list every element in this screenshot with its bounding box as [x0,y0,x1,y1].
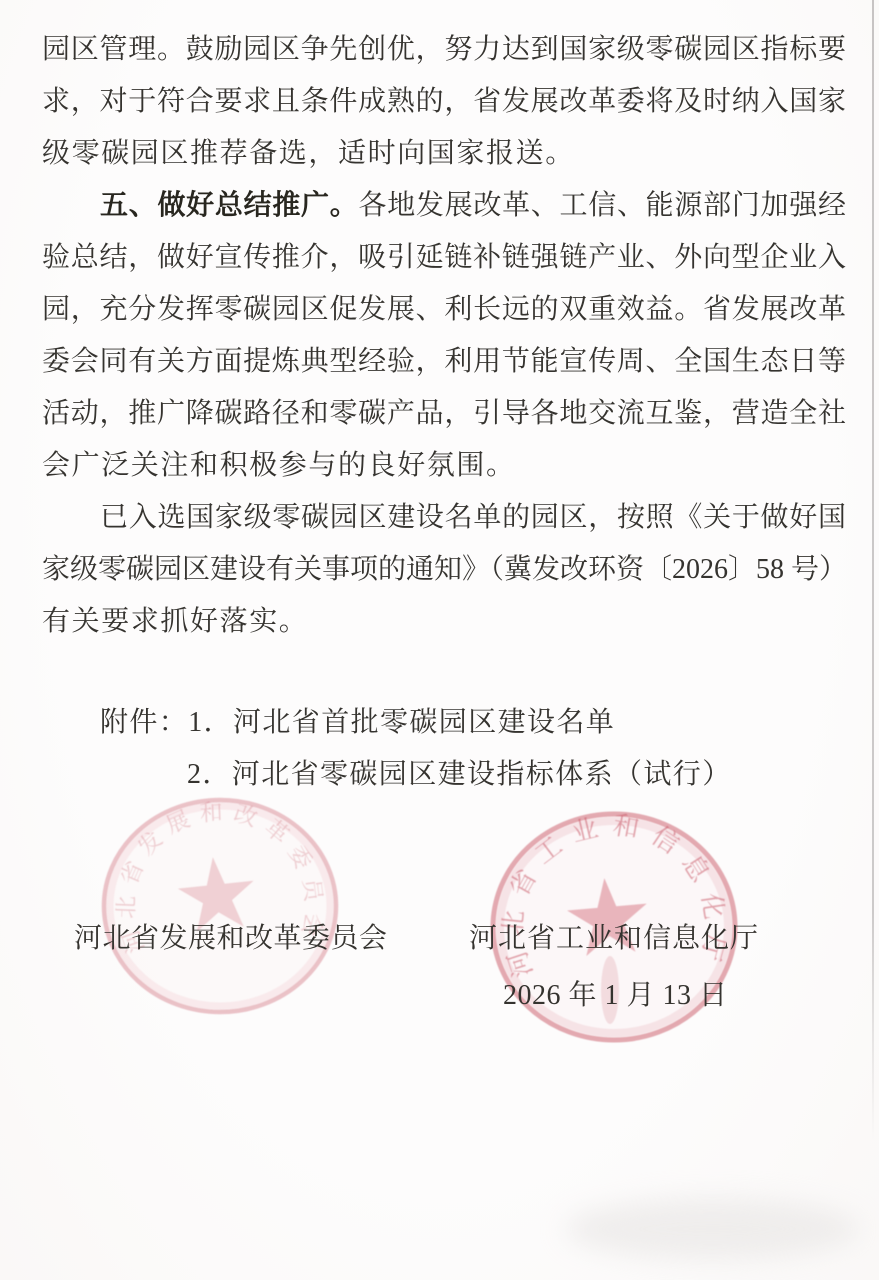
attachment-item-1-text: 1．河北省首批零碳园区建设名单 [188,707,615,738]
body-line: 委会同有关方面提炼典型经验，利用节能宣传周、全国生态日等 [42,336,846,388]
document-date: 2026 年 1 月 13 日 [503,973,728,1013]
body-line: 已入选国家级零碳园区建设名单的园区，按照《关于做好国 [42,492,846,544]
body-line-section-heading: 五、做好总结推广。各地发展改革、工信、能源部门加强经 [42,180,846,232]
seal-left-ring [104,800,336,1012]
attachment-item-1: 附件：1．河北省首批零碳园区建设名单 [42,697,846,749]
section-heading-bold: 五、做好总结推广。 [100,190,358,221]
attachment-item-2: 2．河北省零碳园区建设指标体系（试行） [42,749,846,801]
body-line: 活动，推广降碳路径和零碳产品，引导各地交流互鉴，营造全社 [42,388,846,440]
signature-org-right: 河北省工业和信息化厅 [469,916,759,956]
attachment-label: 附件： [100,707,188,738]
section-heading-rest: 各地发展改革、工信、能源部门加强经 [358,190,846,221]
body-line: 级零碳园区推荐备选，适时向国家报送。 [42,128,846,180]
signature-org-left: 河北省发展和改革委员会 [74,916,388,956]
seal-left-ring-smudge [110,806,330,1006]
official-seal-left: 河北省发展和改革委员会 [96,792,344,1024]
body-line: 会广泛关注和积极参与的良好氛围。 [42,440,846,492]
document-body: 园区管理。鼓励园区争先创优，努力达到国家级零碳园区指标要 求，对于符合要求且条件… [42,24,846,801]
scan-edge-line [872,0,874,1140]
scanned-document-page: 河北省发展和改革委员会 河北省工业和信息化厅 园区管理。鼓励园区争先创优，努力达… [0,0,879,1280]
body-line: 家级零碳园区建设有关事项的通知》（冀发改环资〔2026〕58 号） [42,544,846,596]
body-line: 有关要求抓好落实。 [42,596,846,648]
body-line: 求，对于符合要求且条件成熟的，省发展改革委将及时纳入国家 [42,76,846,128]
body-line: 园区管理。鼓励园区争先创优，努力达到国家级零碳园区指标要 [42,24,846,76]
body-line: 园，充分发挥零碳园区促发展、利长远的双重效益。省发展改革 [42,284,846,336]
body-line: 验总结，做好宣传推介，吸引延链补链强链产业、外向型企业入 [42,232,846,284]
scan-shadow [565,1198,860,1260]
attachment-item-2-text: 2．河北省零碳园区建设指标体系（试行） [187,759,732,790]
